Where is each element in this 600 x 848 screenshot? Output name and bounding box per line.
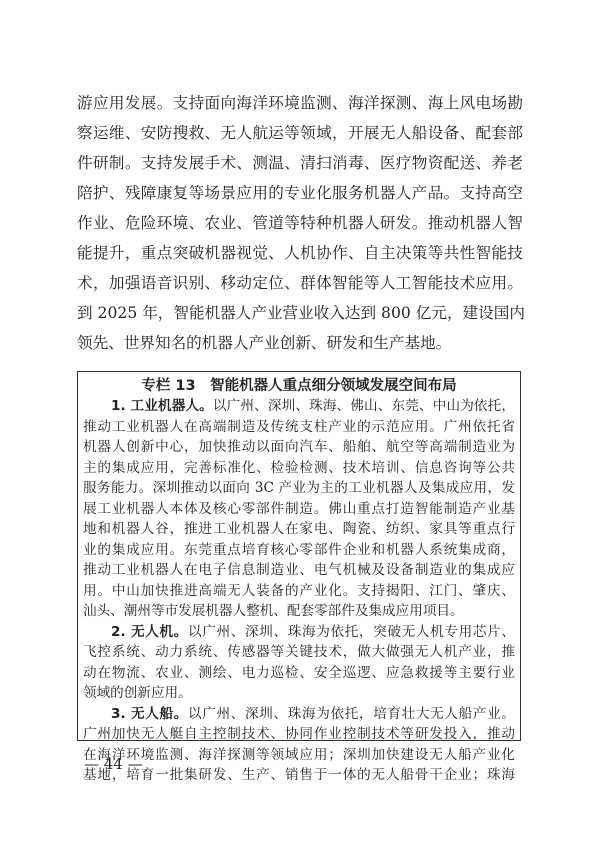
box-line: 地和机器人谷，推进工业机器人在家电、陶瓷、纺织、家具等重点行 (83, 519, 515, 540)
box-line: 推动工业机器人在电子信息制造业、电气机械及设备制造业的集成应 (83, 560, 515, 581)
box-line: 用。中山加快推进高端无人装备的产业化。支持揭阳、江门、肇庆、 (83, 581, 515, 602)
section-industrial-robot-first-line: 1. 工业机器人。以广州、深圳、珠海、佛山、东莞、中山为依托， (83, 396, 515, 417)
body-line: 能提升，重点突破机器视觉、人机协作、自主决策等共性智能技 (77, 238, 523, 268)
section-text: 以广州、深圳、珠海为依托，培育壮大无人船产业。 (188, 706, 515, 722)
body-line: 件研制。支持发展手术、测温、清扫消毒、医疗物资配送、养老 (77, 148, 523, 178)
box-line: 推动工业机器人在高端制造及传统支柱产业的示范应用。广州依托省 (83, 417, 515, 438)
body-line: 到 2025 年，智能机器人产业营业收入达到 800 亿元，建设国内 (77, 298, 523, 328)
section-drone-first-line: 2. 无人机。以广州、深圳、珠海为依托，突破无人机专用芯片、 (83, 622, 515, 643)
box-line: 基地，培育一批集研发、生产、销售于一体的无人船骨干企业；珠海 (83, 765, 515, 786)
body-line: 术，加强语音识别、移动定位、群体智能等人工智能技术应用。 (77, 268, 523, 298)
page-number: — 44 — (84, 755, 143, 773)
section-text: 以广州、深圳、珠海为依托，突破无人机专用芯片、 (188, 624, 515, 640)
sidebar-box-column-13: 专栏 13 智能机器人重点细分领域发展空间布局 1. 工业机器人。以广州、深圳、… (77, 371, 521, 741)
box-line: 服务能力。深圳推动以面向 3C 产业为主的工业机器人及集成应用，发 (83, 478, 515, 499)
box-line: 展工业机器人本体及核心零部件制造。佛山重点打造智能制造产业基 (83, 499, 515, 520)
box-title: 专栏 13 智能机器人重点细分领域发展空间布局 (83, 376, 515, 396)
box-line: 在海洋环境监测、海洋探测等领域应用；深圳加快建设无人船产业化 (83, 745, 515, 766)
body-line: 陪护、残障康复等场景应用的专业化服务机器人产品。支持高空 (77, 178, 523, 208)
body-line: 察运维、安防搜救、无人航运等领域，开展无人船设备、配套部 (77, 118, 523, 148)
box-line: 主的集成应用，完善标准化、检验检测、技术培训、信息咨询等公共 (83, 458, 515, 479)
section-heading: 3. 无人船。 (111, 706, 188, 722)
body-line: 游应用发展。支持面向海洋环境监测、海洋探测、海上风电场勘 (77, 88, 523, 118)
body-line: 作业、危险环境、农业、管道等特种机器人研发。推动机器人智 (77, 208, 523, 238)
box-line: 动在物流、农业、测绘、电力巡检、安全巡逻、应急救援等主要行业 (83, 663, 515, 684)
body-paragraph: 游应用发展。支持面向海洋环境监测、海洋探测、海上风电场勘 察运维、安防搜救、无人… (77, 88, 523, 358)
box-line: 业的集成应用。东莞重点培育核心零部件企业和机器人系统集成商， (83, 540, 515, 561)
box-line: 广州加快无人艇自主控制技术、协同作业控制技术等研发投入，推动 (83, 724, 515, 745)
section-unmanned-ship-first-line: 3. 无人船。以广州、深圳、珠海为依托，培育壮大无人船产业。 (83, 704, 515, 725)
section-text: 以广州、深圳、珠海、佛山、东莞、中山为依托， (213, 398, 515, 414)
section-heading: 2. 无人机。 (111, 624, 188, 640)
document-page: 游应用发展。支持面向海洋环境监测、海洋探测、海上风电场勘 察运维、安防搜救、无人… (0, 0, 600, 848)
box-line: 飞控系统、动力系统、传感器等关键技术，做大做强无人机产业，推 (83, 642, 515, 663)
section-heading: 1. 工业机器人。 (111, 398, 213, 414)
box-line: 机器人创新中心，加快推动以面向汽车、船舶、航空等高端制造业为 (83, 437, 515, 458)
body-line: 领先、世界知名的机器人产业创新、研发和生产基地。 (77, 328, 523, 358)
box-line: 领域的创新应用。 (83, 683, 515, 704)
box-line: 汕头、潮州等市发展机器人整机、配套零部件及集成应用项目。 (83, 601, 515, 622)
